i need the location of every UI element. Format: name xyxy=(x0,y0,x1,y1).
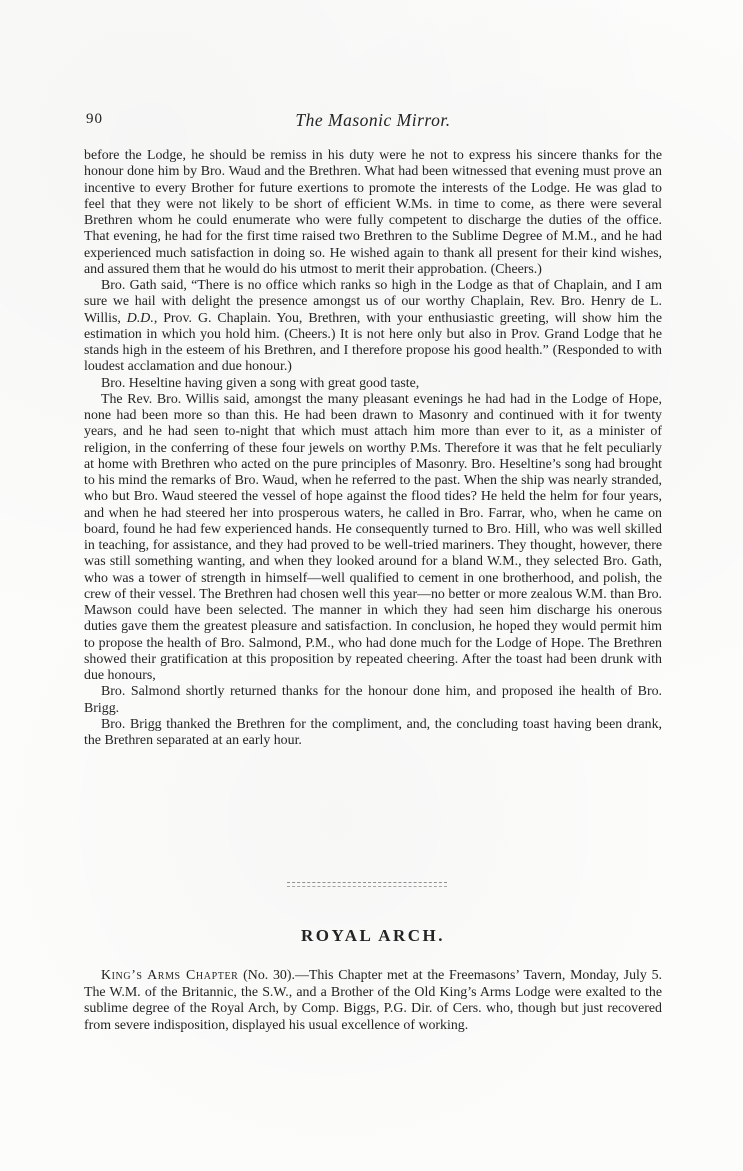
page-header: 90 The Masonic Mirror. xyxy=(84,110,662,136)
article-body: before the Lodge, he should be remiss in… xyxy=(84,148,662,749)
paragraph-text: , Prov. G. Chaplain. You, Brethren, with… xyxy=(84,311,662,375)
paragraph-kings-arms-chapter: King’s Arms Chapter (No. 30).—This Chapt… xyxy=(84,968,662,1034)
paragraph-heseltine-song: Bro. Heseltine having given a song with … xyxy=(84,376,662,392)
paragraph-text-italic: D.D. xyxy=(127,311,154,326)
journal-title: The Masonic Mirror. xyxy=(84,110,662,131)
section-divider xyxy=(287,882,447,887)
scanned-page: 90 The Masonic Mirror. before the Lodge,… xyxy=(0,0,743,1171)
paragraph-lead-smallcaps: King’s Arms Chapter xyxy=(101,968,238,983)
section-heading-royal-arch: ROYAL ARCH. xyxy=(84,926,662,946)
paragraph-willis-speech: The Rev. Bro. Willis said, amongst the m… xyxy=(84,392,662,685)
paragraph-gath-toast: Bro. Gath said, “There is no office whic… xyxy=(84,278,662,376)
paragraph-salmond-thanks: Bro. Salmond shortly returned thanks for… xyxy=(84,684,662,717)
page-number: 90 xyxy=(86,111,103,128)
paragraph-continuation: before the Lodge, he should be remiss in… xyxy=(84,148,662,278)
paragraph-brigg-thanks: Bro. Brigg thanked the Brethren for the … xyxy=(84,717,662,750)
